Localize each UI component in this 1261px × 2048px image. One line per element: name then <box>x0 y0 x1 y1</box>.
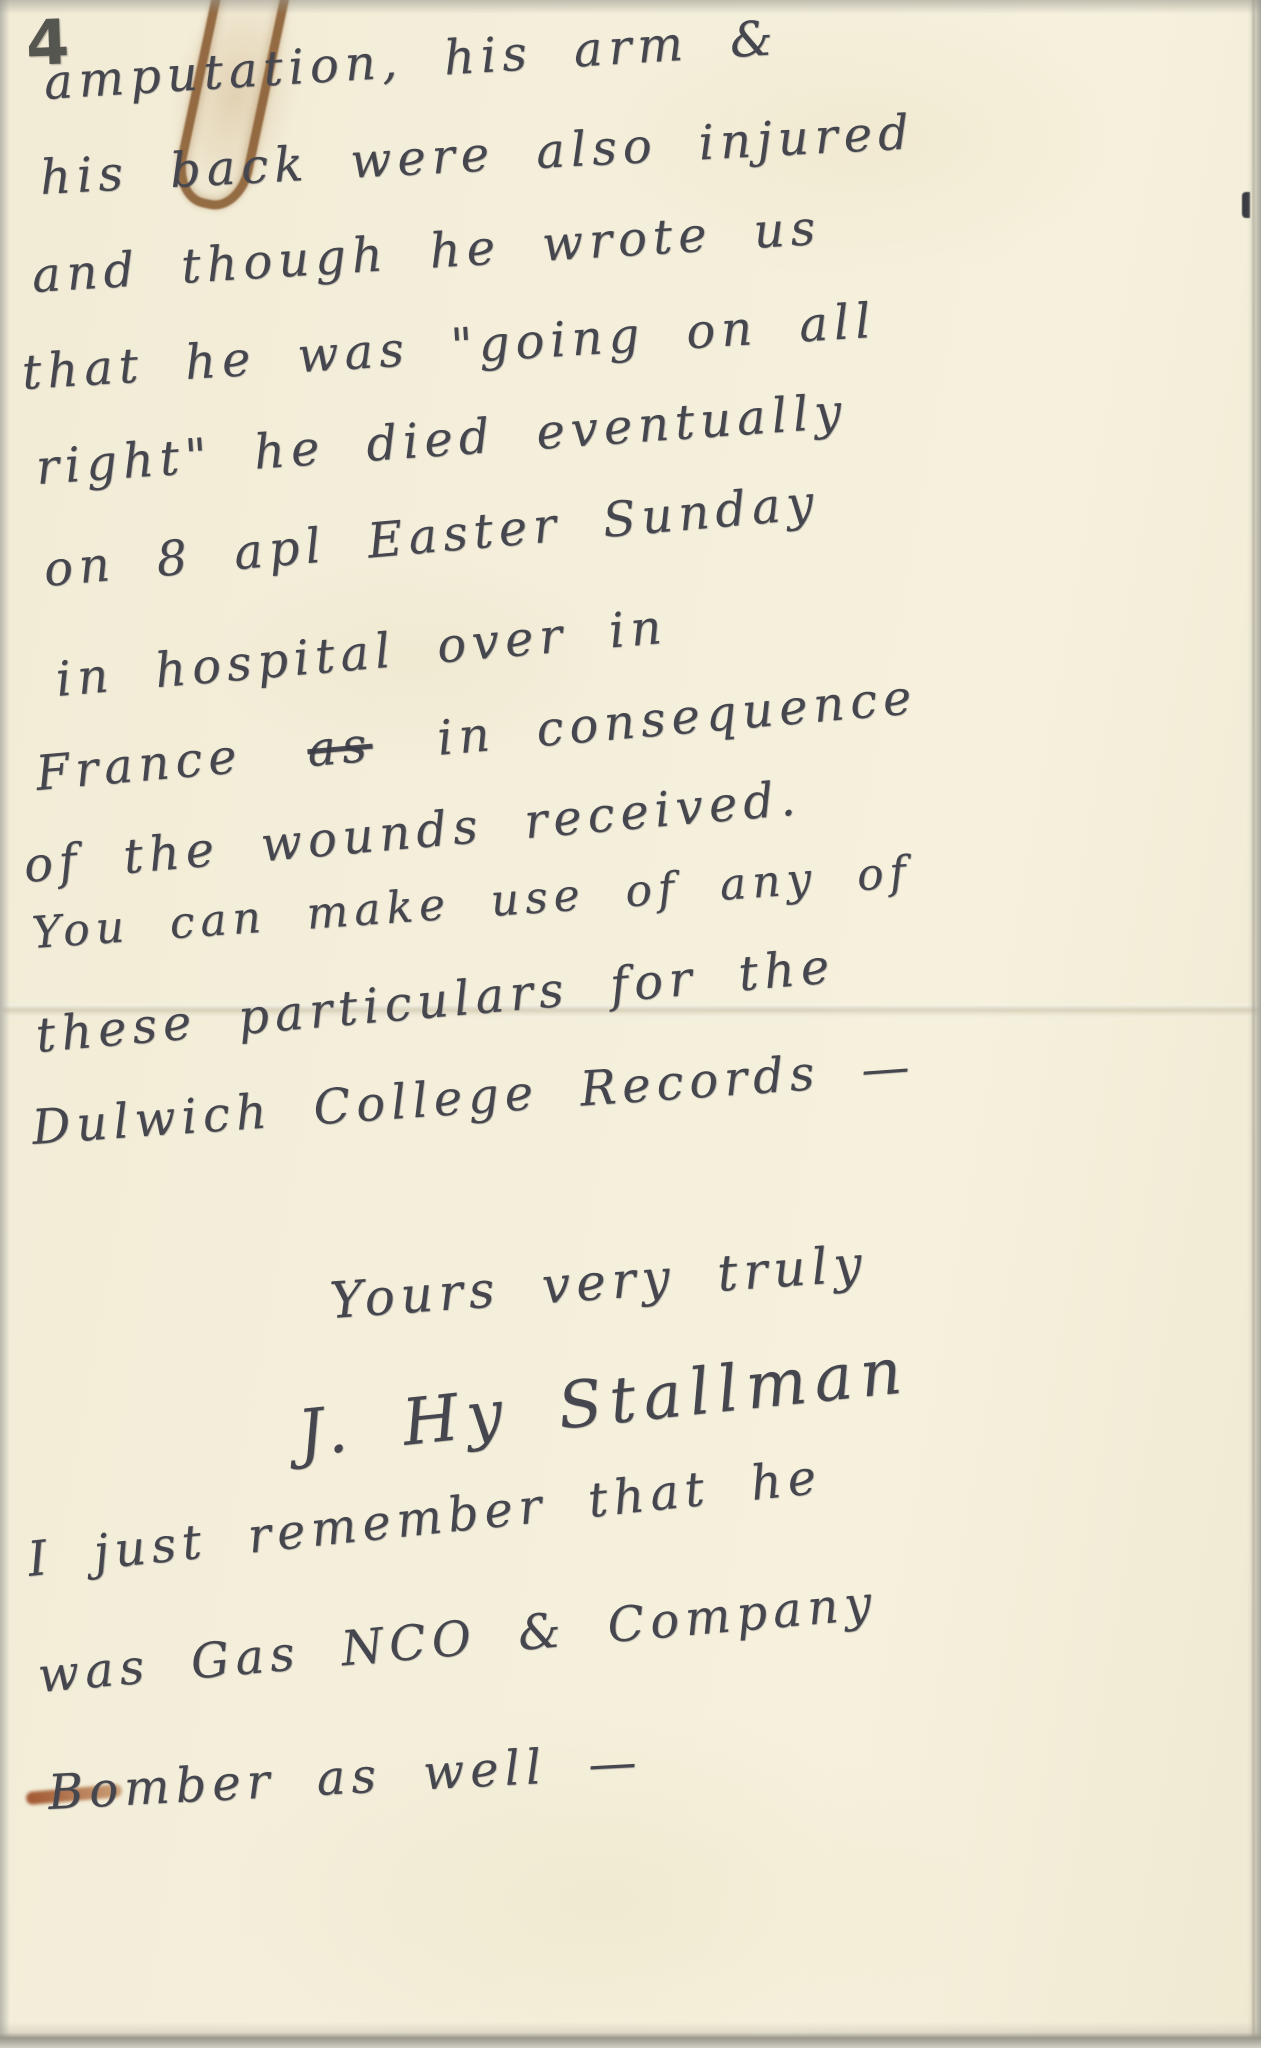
handwritten-line-7: in hospital over in <box>54 599 670 708</box>
handwritten-line-6: on 8 apl Easter Sunday <box>42 474 822 598</box>
signature: J. Hy Stallman <box>294 1334 913 1472</box>
handwritten-line-4: that he was "going on all <box>20 293 878 401</box>
handwritten-line-11: these particulars for the <box>34 938 838 1064</box>
postscript-line-3: Bomber as well — <box>47 1734 644 1821</box>
scan-left-edge <box>0 0 10 2048</box>
handwritten-line-1: amputation, his arm & <box>42 10 780 111</box>
struck-out-word: as <box>305 717 375 778</box>
handwritten-line-3: and though he wrote us <box>30 200 822 304</box>
word-before-correction: France <box>34 728 245 802</box>
letter-page-scan: 4 amputation, his arm & his back were al… <box>0 0 1261 2048</box>
postscript-line-2: was Gas NCO & Company <box>36 1575 880 1704</box>
words-after-correction: in consequence <box>435 669 920 767</box>
handwritten-line-5: right" he died eventually <box>34 383 849 496</box>
scan-top-edge <box>0 0 1261 14</box>
handwritten-line-12: Dulwich College Records — <box>30 1038 917 1156</box>
scan-right-edge <box>1247 0 1261 2048</box>
scan-bottom-edge <box>0 2022 1261 2048</box>
closing-line: Yours very truly <box>328 1234 869 1329</box>
postscript-line-1: I just remember that he <box>25 1449 824 1588</box>
